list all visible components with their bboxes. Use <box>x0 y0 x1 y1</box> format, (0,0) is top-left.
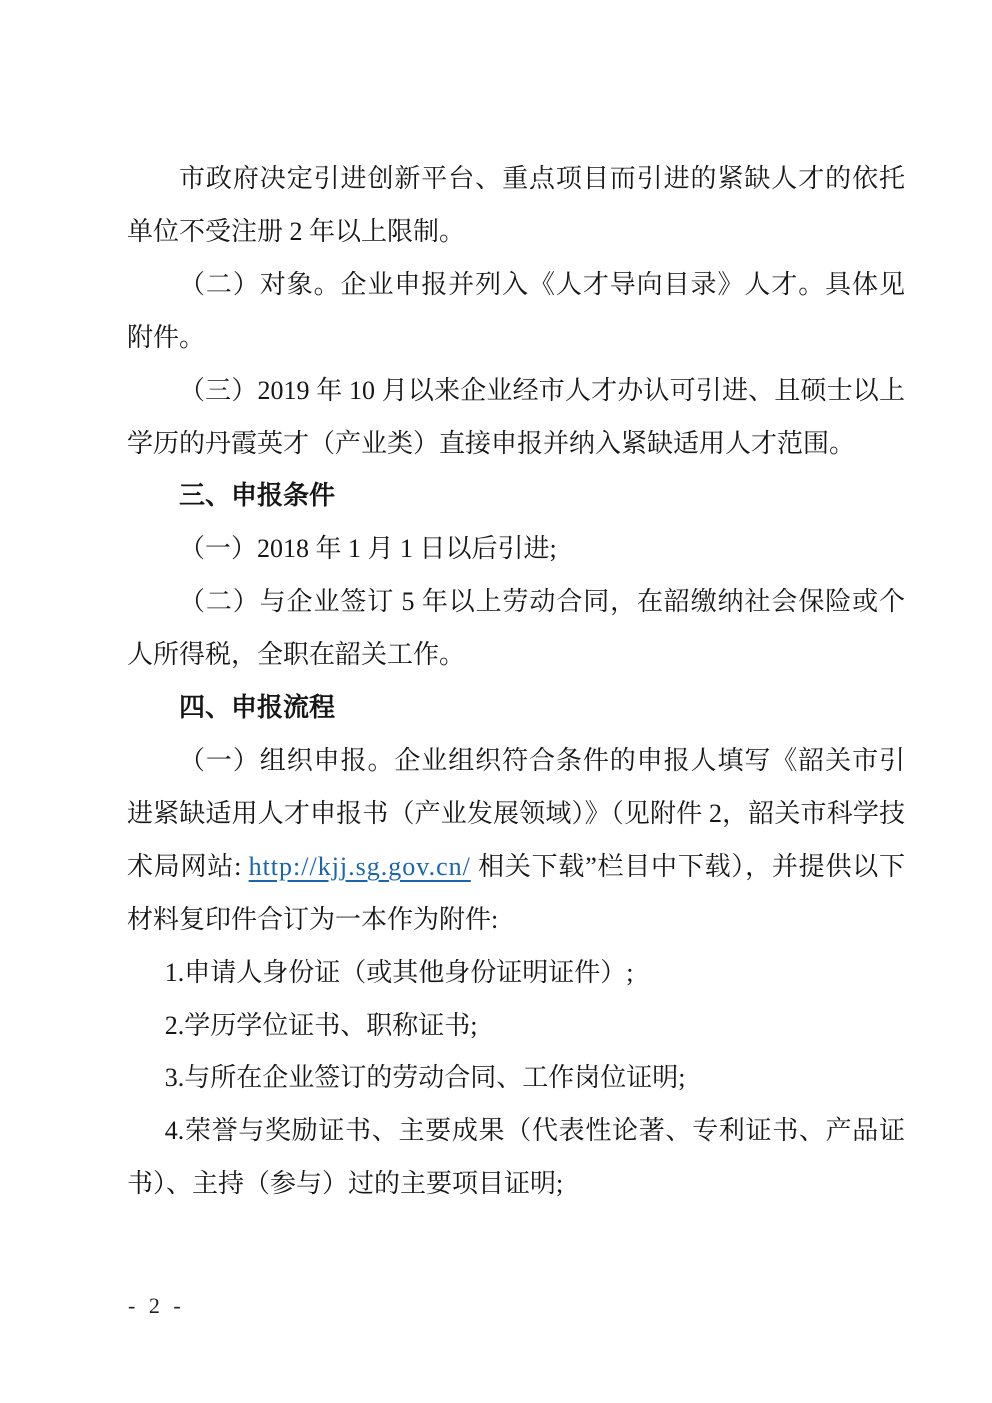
section-heading-application-process: 四、申报流程 <box>127 682 905 735</box>
paragraph-condition-1: （一）2018 年 1 月 1 日以后引进; <box>127 523 905 576</box>
paragraph-organize-application: （一）组织申报。企业组织符合条件的申报人填写《韶关市引进紧缺适用人才申报书（产业… <box>127 735 905 947</box>
material-item-labor-contract: 3.与所在企业签订的劳动合同、工作岗位证明; <box>127 1052 905 1105</box>
paragraph-target-item-3: （三）2019 年 10 月以来企业经市人才办认可引进、且硕士以上学历的丹霞英才… <box>127 365 905 471</box>
paragraph-condition-2: （二）与企业签订 5 年以上劳动合同，在韶缴纳社会保险或个人所得税，全职在韶关工… <box>127 576 905 682</box>
document-page: 市政府决定引进创新平台、重点项目而引进的紧缺人才的依托单位不受注册 2 年以上限… <box>0 0 992 1403</box>
document-body: 市政府决定引进创新平台、重点项目而引进的紧缺人才的依托单位不受注册 2 年以上限… <box>127 153 905 1211</box>
science-bureau-website-link[interactable]: http://kjj.sg.gov.cn/ <box>249 852 471 881</box>
material-item-degree-certificates: 2.学历学位证书、职称证书; <box>127 1000 905 1053</box>
page-number: - 2 - <box>128 1284 185 1328</box>
material-item-honors-achievements: 4.荣誉与奖励证书、主要成果（代表性论著、专利证书、产品证书）、主持（参与）过的… <box>127 1105 905 1211</box>
paragraph-platform-exemption: 市政府决定引进创新平台、重点项目而引进的紧缺人才的依托单位不受注册 2 年以上限… <box>127 153 905 259</box>
paragraph-target-item-2: （二）对象。企业申报并列入《人才导向目录》人才。具体见附件。 <box>127 259 905 365</box>
section-heading-application-conditions: 三、申报条件 <box>127 470 905 523</box>
material-item-id-card: 1.申请人身份证（或其他身份证明证件）; <box>127 947 905 1000</box>
